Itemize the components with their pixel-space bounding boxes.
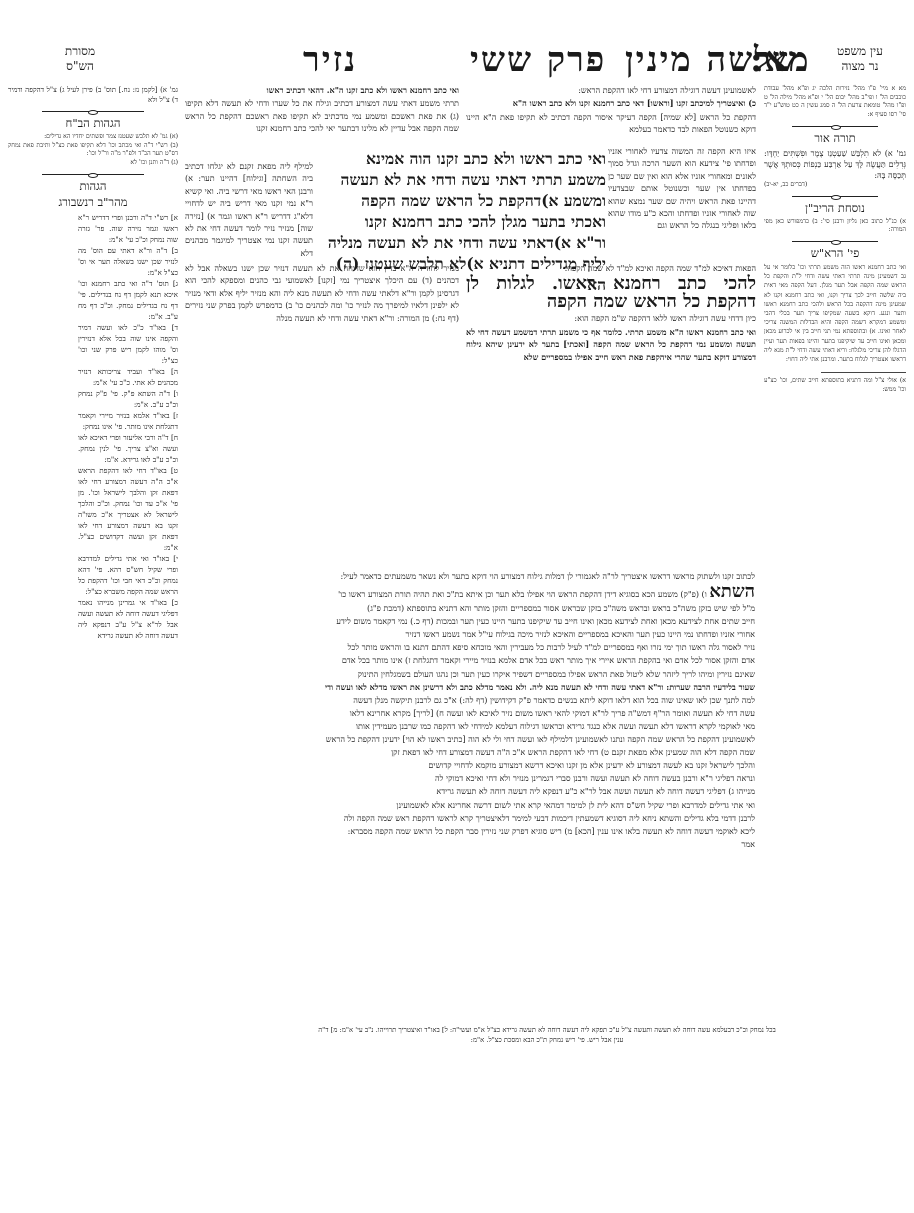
commentary-line: מנייהו ג) דפליגי דעשה דוחה לא תעשה ועשה … [185, 785, 755, 797]
hagahot-habach-item: (ג) ד"ה ותנן וכו' לא [8, 159, 178, 168]
commentary-line: והלכך לישראל זקנו בא לעשה דמצורע לא ידעי… [185, 759, 755, 771]
tosafot-opening: ואי כתב רחמנא ראשו ולא כתב זקנו ה"א. דהא… [185, 84, 459, 96]
footnote-rule [821, 372, 906, 373]
hagahot-maharav-title: הגהות [8, 179, 178, 193]
hagahah-item: ט] באו"ד דחי לאו דהקפת הראש א"כ ה"ה דעשה… [78, 465, 178, 553]
hagahah-item: ו] ד"ה השתא פ"ק. פי' פ"ק נמחק וכ"כ ע"ב. … [78, 388, 178, 410]
right-margin: מא א מיי' פ"ו מהל' נזירות הלכה יג ופ"א מ… [764, 85, 906, 395]
hagahah-item: כ] באו"ד אי גמרינן מנייהו נאמר דפליגי דע… [78, 597, 178, 641]
mesoret-hashas-header: מסורת הש"ס [40, 44, 120, 74]
lower-commentary: לכתוב זקנו ולשתוק מראשו דראשו איצטריך לר… [185, 570, 755, 851]
torah-or-text: גמ' א) לא תִלְבַּשׁ שַׁעַטְנֵז צֶמֶר וּפ… [764, 148, 906, 181]
commentary-line: מ"ל לפי שיש בזקן משה"כ בראש ובראש משה"כ … [185, 602, 755, 614]
ornament-divider [42, 174, 144, 175]
commentary-line: שמה הקפה דלא הוה שמעינן אלא מפאת זקנם ט)… [185, 746, 755, 758]
gemara-line: ומשמע א)דהקפת כל הראש שמה הקפה [318, 190, 606, 211]
ornament-divider [42, 111, 144, 112]
commentary-line: אחורי אזניו ופדחתו נמי היינו כעין תער וה… [185, 628, 755, 640]
commentary-line: שעור בלידעיו הרבה שערות: ור"א דאתי עשה ו… [185, 681, 755, 693]
hagahah-item: ב] ד"ה ור"א דאתי עם הוס' מה לנזיר שכן יש… [78, 245, 178, 278]
footer-notes: בכל נמחק וכ"כ דבעלמא עשה דוחה לא תעשה ות… [180, 1025, 914, 1045]
hagahot-maharav-subtitle: מהר"ב רנשבורג [8, 195, 178, 209]
commentary-line: ליכא לאוקמי דעשה דוחה לא תעשה בלאו אינו … [185, 825, 755, 837]
hagahah-item: ח] ד"ה ורבי אליעזר ופרי דאיכא לאו ועשה ו… [78, 432, 178, 465]
commentary-line: ואי אתי גדילים למדרבא ופרי שקיל חש"ס דהא… [185, 799, 755, 811]
ornament-divider [792, 126, 877, 127]
torah-or-title: תורה אור [764, 131, 906, 145]
hagahot-habach-item: (ב) רש"י ד"ה ואי מכתב וכו' דלא תקיפו פאת… [8, 142, 178, 159]
commentary-line: עשה דחי לא תעשה ואומר הר"ף דמש"ה פריך לר… [185, 707, 755, 719]
tractate-name: נזיר [303, 40, 357, 80]
rashi-line: כ) ואיצטריך למיכתב זקנו [וראשו] דאי כתב … [466, 97, 756, 109]
tosafot-line: תרתי משמע דאתי עשה דמצורע דכתיב וגילח את… [185, 97, 459, 134]
hagahah-item: ה] באו"ד ועביד צריכותא דנזיר מכהנים לא א… [78, 366, 178, 388]
hashta-dibur-hamatchil: השתא [709, 581, 755, 602]
commentary-line: השתא ו) (פ"ק) משמע הכא בסוגיא דידן דהקפת… [185, 583, 755, 601]
ornament-divider [792, 241, 877, 242]
commentary-line: מאי לאוקמי לקרא דראשו דלא תעשה ועשה אלא … [185, 720, 755, 732]
gemara-text: ואי כתב ראשו ולא כתב זקנו הוה אמינא משמע… [318, 148, 606, 295]
rashi-opening: לאשמועינן דעשה דוגילה דמצורע דחי לאו דהק… [466, 84, 756, 96]
commentary-line: נזיר לאסור גלה ראשו תוך ימי נזרו ואף במס… [185, 641, 755, 653]
commentary-line: לאשמועינן דהקפת כל הראש שמה הקפה ונתנו ל… [185, 733, 755, 745]
commentary-line: חייב שתים אחת לצידעא מכאן ואחת לצידעא מכ… [185, 615, 755, 627]
hagahah-item: ד] באו"ד כ"כ לאו ועשה דמיר והקפה אינו שו… [78, 322, 178, 366]
commentary-line: למה לתנך שכן לאו שאינו שוה בכל הוא דלאו … [185, 694, 755, 706]
footer-line: ענין אבל ריש. פי' ריש נמחק ת"כ הבא ומסכת… [180, 1035, 914, 1045]
commentary-line: שאינם נזירין ומיהו לריך ליזהר שלא ליטול … [185, 668, 755, 680]
hagahah-item: י] באו"ד ואי אתי גדילים למדרבא ופרי שקיל… [78, 553, 178, 597]
ein-mishpat-header: עין משפט נר מצוה [820, 44, 900, 74]
commentary-line: אמר [185, 838, 755, 850]
tosafot-commentary-narrow: למילף ליה מפאת זקנם לא יגלחו דכתיב ביה ה… [185, 160, 313, 260]
chapter-number: פרק ששי [470, 40, 606, 80]
rashi-line: איזו היא הקפה זה המשוה צדעיו לאחורי אזני… [608, 145, 756, 232]
pi-harosh-title: פי' הרא"ש [764, 246, 906, 260]
commentary-line: ונראה דפליגי ר"א ורבנן בעשה דוחה לא תעשה… [185, 772, 755, 784]
hagahah-item: ז] באו"ד אלמא בנזיר מיירי וקאמר דתגלחת א… [78, 410, 178, 432]
rashi-line: דהקפת כל הראש [לא שמיה] הקפה דעיקר איסור… [466, 111, 756, 136]
commentary-line: אדם והזקן אסור לכל אדם ואי בהקפת הראש אי… [185, 654, 755, 666]
rashi-commentary: לאשמועינן דעשה דוגילה דמצורע דחי לאו דהק… [466, 84, 756, 137]
nusach-haribban-title: נוסחת הריב"ן [764, 201, 906, 215]
hagahah-item: ג] תוס' ד"ה ואי כתב רחמנא וכו' איכא תנא … [78, 278, 178, 322]
nusach-haribban-text: א) כנ"ל כתוב כאן גליון ורבנן סי': ב) כדמ… [764, 218, 906, 235]
rashi-line: ואי כתב רחמנא ראשו ה"א משמע תרתי. כלומר … [466, 326, 756, 363]
hagahot-habach-item: (א) גמ' לא תלבש שעטנז צמר ופשתים יחדיו ה… [8, 133, 178, 142]
ornament-divider [792, 196, 877, 197]
gemara-line: יליף מגדילים דתניא א)לא תלבש שעטנז (ה) [318, 253, 606, 274]
ein-mishpat-text: מא א מיי' פ"ו מהל' נזירות הלכה יג ופ"א מ… [764, 85, 906, 120]
mesoret-hashas-text: גמ' א) [לקמן נז: נח.] תוס' ב) פירן לעיל … [8, 85, 178, 105]
rashi-line: כיון דדחי עשה דוגילה ראשו ללאו דהקפה ש"מ… [466, 312, 756, 324]
pi-harosh-text: ואי כתב רחמנא ראשו הוה משמע תרתי וכו' כל… [764, 263, 906, 364]
gemara-line: הא [318, 274, 606, 295]
tosafot-line: למילף ליה מפאת זקנם לא יגלחו דכתיב ביה ה… [185, 160, 313, 259]
gemara-line: משמע תרתי דאתי עשה ודחי את לא תעשה [318, 169, 606, 190]
rashi-commentary-narrow: איזו היא הקפה זה המשוה צדעיו לאחורי אזני… [608, 145, 756, 233]
commentary-line: לכתוב זקנו ולשתוק מראשו דראשו איצטריך לר… [185, 570, 755, 582]
hagahot-maharav-list: א] רש"י ד"ה ורבנן ופרי דדריש ר"א ראשו וג… [78, 212, 178, 641]
gemara-line: ור"א א)דאתי עשה ודחי את לא תעשה מנליה [318, 232, 606, 253]
left-margin: גמ' א) [לקמן נז: נח.] תוס' ב) פירן לעיל … [8, 85, 178, 641]
torah-or-source: (דברים כב, יא-יב) [764, 181, 906, 190]
gemara-line: ואכתי בתער מגלן להכי כתב רחמנא זקנו [318, 211, 606, 232]
hagahah-item: א] רש"י ד"ה ורבנן ופרי דדריש ר"א ראשו וג… [78, 212, 178, 245]
tosafot-commentary: ואי כתב רחמנא ראשו ולא כתב זקנו ה"א. דהא… [185, 84, 459, 136]
hagahot-habach-title: הגהות הב"ח [8, 116, 178, 130]
gemara-line: ואי כתב ראשו ולא כתב זקנו הוה אמינא [318, 148, 606, 169]
pi-harosh-footnote: א) אולי צ"ל ומה דתניא בתוספתא חייב שתים,… [764, 377, 906, 394]
commentary-line: לרבנן דדמי בלא גדילים והשתא ניחא ליה דסו… [185, 812, 755, 824]
daf-number: מא: [750, 40, 811, 80]
footer-line: בכל נמחק וכ"כ דבעלמא עשה דוחה לא תעשה ות… [180, 1025, 914, 1035]
